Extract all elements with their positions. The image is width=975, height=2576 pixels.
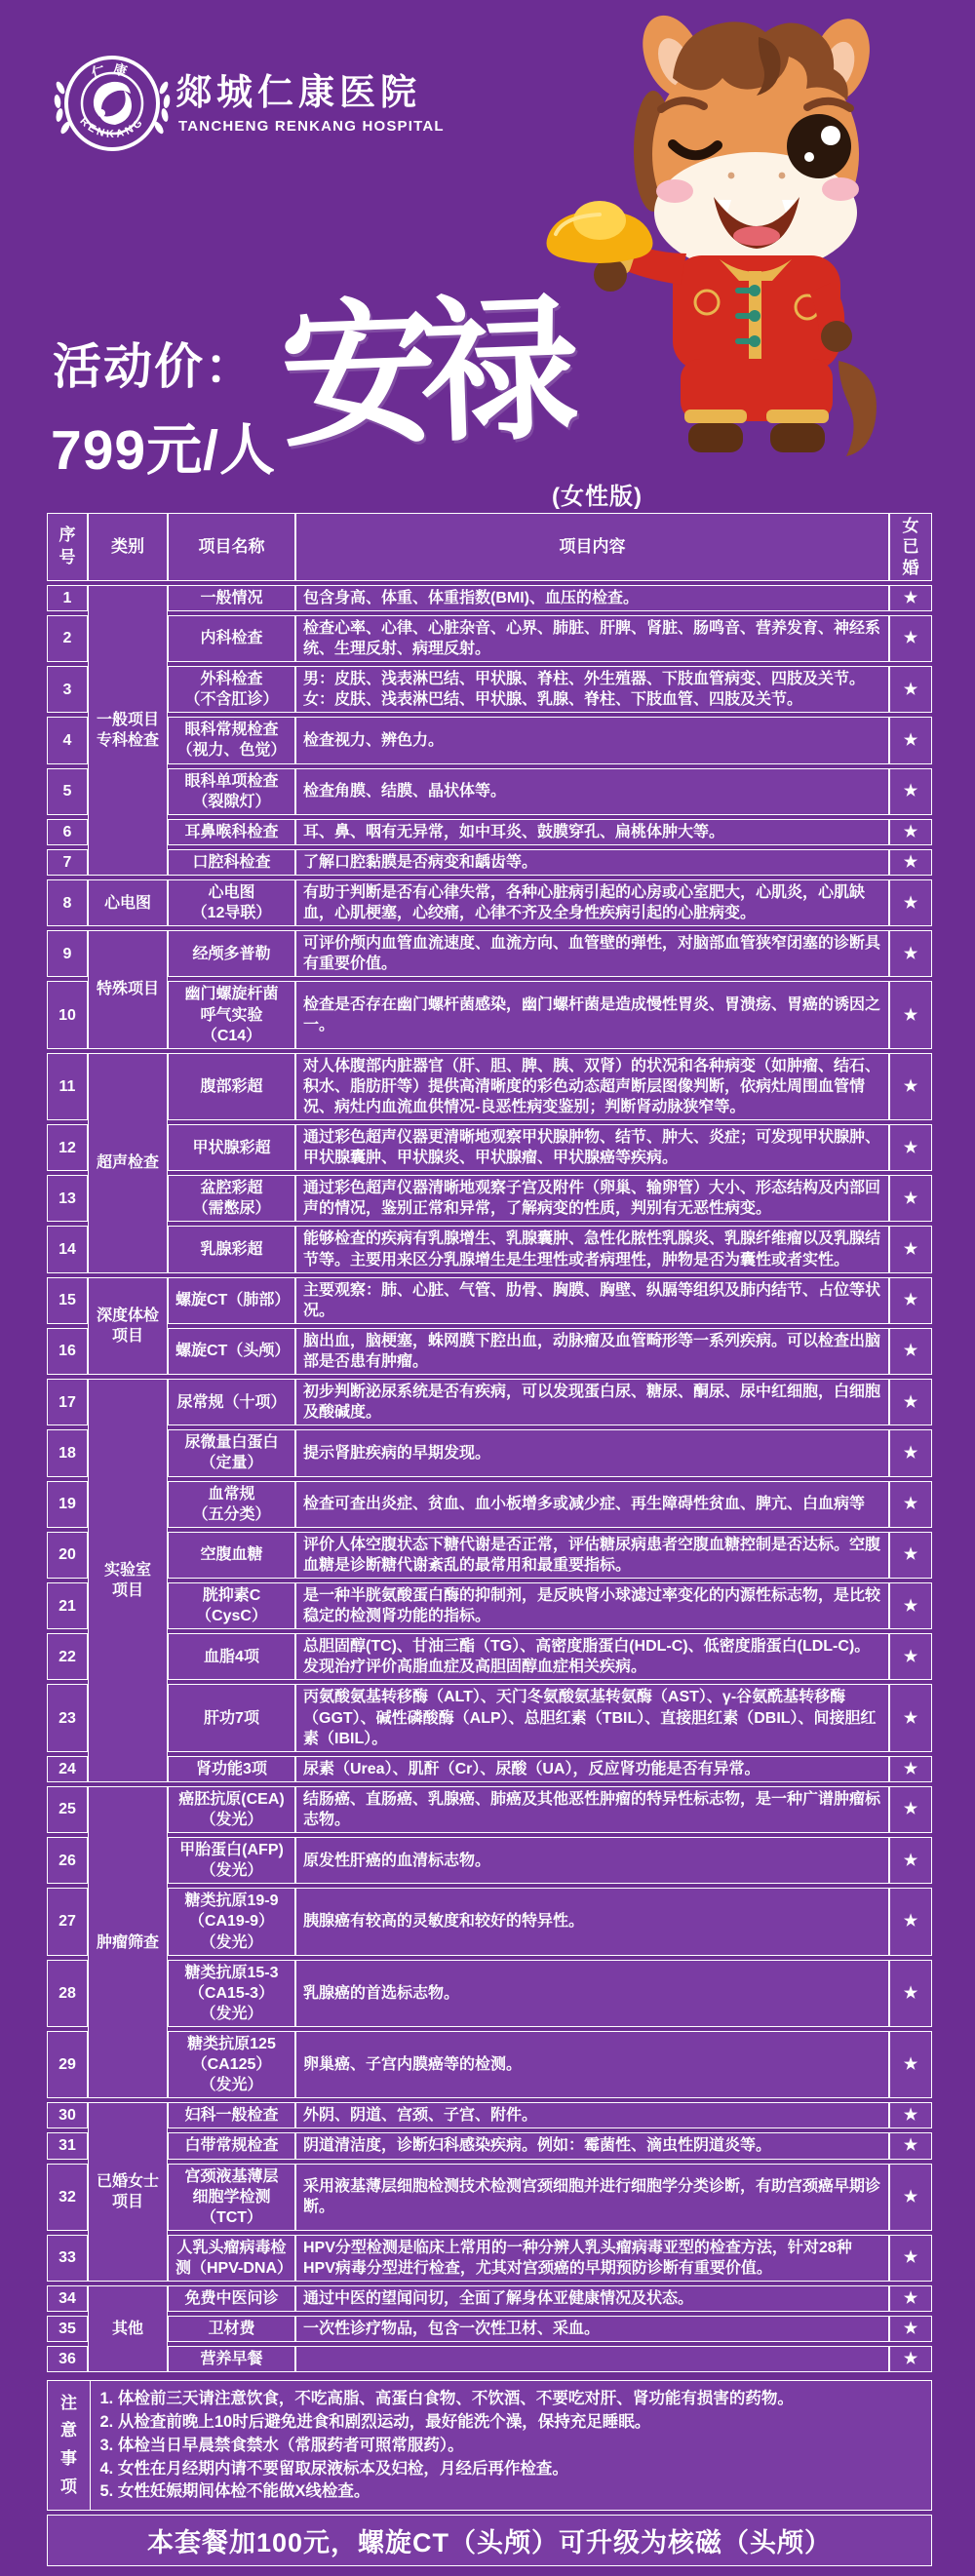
row-number-cell: 4 (47, 717, 88, 763)
item-name-cell: 胱抑素C （CysC） (168, 1582, 295, 1629)
hospital-logo: 仁康 RENKANG (39, 41, 185, 166)
table-row: 34其他免费中医问诊通过中医的望闻问切，全面了解身体亚健康情况及状态。★ (47, 2285, 932, 2312)
header-female-line2: 已婚 (897, 536, 924, 578)
notes-list: 1. 体检前三天请注意饮食，不吃高脂、高蛋白食物、不饮酒、不要吃对肝、肾功能有损… (90, 2380, 933, 2511)
note-line: 3. 体检当日早晨禁食禁水（常服药者可照常服药）。 (100, 2435, 922, 2457)
table-row: 30已婚女士 项目妇科一般检查外阴、阴道、宫颈、子宫、附件。★ (47, 2102, 932, 2128)
female-married-star-cell: ★ (889, 1053, 932, 1120)
table-row: 15深度体检 项目螺旋CT（肺部）主要观察：肺、心脏、气管、肋骨、胸膜、胸壁、纵… (47, 1277, 932, 1324)
item-name-cell: 糖类抗原15-3 （CA15-3） （发光） (168, 1960, 295, 2027)
row-number-cell: 34 (47, 2285, 88, 2312)
row-number-cell: 33 (47, 2235, 88, 2282)
item-name-cell: 人乳头瘤病毒检 测（HPV-DNA） (168, 2235, 295, 2282)
item-name-cell: 甲状腺彩超 (168, 1124, 295, 1171)
item-name-cell: 糖类抗原19-9 （CA19-9） （发光） (168, 1888, 295, 1955)
item-desc-cell: 检查是否存在幽门螺杆菌感染，幽门螺杆菌是造成慢性胃炎、胃溃疡、胃癌的诱因之一。 (295, 981, 889, 1048)
row-number-cell: 17 (47, 1379, 88, 1425)
item-desc-cell: 初步判断泌尿系统是否有疾病，可以发现蛋白尿、糖尿、酮尿、尿中红细胞，白细胞及酸碱… (295, 1379, 889, 1425)
item-desc-cell: 可评价颅内血管血流速度、血流方向、血管壁的弹性，对脑部血管狭窄闭塞的诊断具有重要… (295, 930, 889, 977)
table-row: 25肿瘤筛查癌胚抗原(CEA) （发光）结肠癌、直肠癌、乳腺癌、肺癌及其他恶性肿… (47, 1786, 932, 1833)
row-number-cell: 5 (47, 768, 88, 815)
item-desc-cell: 评价人体空腹状态下糖代谢是否正常，评估糖尿病患者空腹血糖控制是否达标。空腹血糖是… (295, 1532, 889, 1579)
item-name-cell: 妇科一般检查 (168, 2102, 295, 2128)
poster-page: 仁康 RENKANG 郯城仁康医院 TANCHENG RENKANG HOSPI… (0, 0, 975, 2576)
female-married-star-cell: ★ (889, 1379, 932, 1425)
package-table-body: 1一般项目 专科检查一般情况包含身高、体重、体重指数(BMI)、血压的检查。★2… (47, 585, 932, 2373)
item-desc-cell: 卵巢癌、子宫内膜癌等的检测。 (295, 2031, 889, 2098)
female-married-star-cell: ★ (889, 666, 932, 713)
hospital-name: 郯城仁康医院 (175, 62, 421, 115)
female-married-star-cell: ★ (889, 2346, 932, 2372)
item-name-cell: 螺旋CT（肺部） (168, 1277, 295, 1324)
item-name-cell: 甲胎蛋白(AFP) （发光） (168, 1837, 295, 1884)
item-desc-cell: 主要观察：肺、心脏、气管、肋骨、胸膜、胸壁、纵膈等组织及肺内结节、占位等状况。 (295, 1277, 889, 1324)
table-row: 35卫材费一次性诊疗物品，包含一次性卫材、采血。★ (47, 2316, 932, 2342)
female-married-star-cell: ★ (889, 849, 932, 876)
table-row: 27糖类抗原19-9 （CA19-9） （发光）胰腺癌有较高的灵敏度和较好的特异… (47, 1888, 932, 1955)
table-row: 13盆腔彩超 （需憋尿）通过彩色超声仪器清晰地观察子宫及附件（卵巢、输卵管）大小… (47, 1175, 932, 1222)
table-row: 28糖类抗原15-3 （CA15-3） （发光）乳腺癌的首选标志物。★ (47, 1960, 932, 2027)
table-row: 32宫颈液基薄层 细胞学检测 （TCT）采用液基薄层细胞检测技术检测宫颈细胞并进… (47, 2164, 932, 2231)
item-desc-cell: 检查视力、辨色力。 (295, 717, 889, 763)
female-married-star-cell: ★ (889, 1532, 932, 1579)
item-name-cell: 卫材费 (168, 2316, 295, 2342)
item-desc-cell: 脑出血，脑梗塞，蛛网膜下腔出血，动脉瘤及血管畸形等一系列疾病。可以检查出脑部是否… (295, 1328, 889, 1375)
table-row: 31白带常规检查阴道清洁度，诊断妇科感染疾病。例如：霉菌性、滴虫性阴道炎等。★ (47, 2132, 932, 2159)
row-number-cell: 11 (47, 1053, 88, 1120)
table-row: 22血脂4项总胆固醇(TC)、甘油三酯（TG）、高密度脂蛋白(HDL-C)、低密… (47, 1633, 932, 1680)
row-number-cell: 19 (47, 1481, 88, 1528)
row-number-cell: 22 (47, 1633, 88, 1680)
item-desc-cell: 通过彩色超声仪器更清晰地观察甲状腺肿物、结节、肿大、炎症；可发现甲状腺肿、甲状腺… (295, 1124, 889, 1171)
item-name-cell: 免费中医问诊 (168, 2285, 295, 2312)
item-desc-cell: 外阴、阴道、宫颈、子宫、附件。 (295, 2102, 889, 2128)
female-married-star-cell: ★ (889, 1175, 932, 1222)
item-desc-cell: 通过中医的望闻问切，全面了解身体亚健康情况及状态。 (295, 2285, 889, 2312)
table-row: 24肾功能3项尿素（Urea）、肌酐（Cr）、尿酸（UA），反应肾功能是否有异常… (47, 1756, 932, 1782)
row-number-cell: 36 (47, 2346, 88, 2372)
item-desc-cell: 对人体腹部内脏器官（肝、胆、脾、胰、双肾）的状况和各种病变（如肿瘤、结石、积水、… (295, 1053, 889, 1120)
table-row: 5眼科单项检查 （裂隙灯）检查角膜、结膜、晶状体等。★ (47, 768, 932, 815)
item-desc-cell: 采用液基薄层细胞检测技术检测宫颈细胞并进行细胞学分类诊断，有助宫颈癌早期诊断。 (295, 2164, 889, 2231)
horse-mascot-illustration (526, 0, 975, 527)
item-name-cell: 血常规 （五分类） (168, 1481, 295, 1528)
female-married-star-cell: ★ (889, 930, 932, 977)
category-cell: 超声检查 (88, 1053, 168, 1273)
logo-center-glyph-icon (94, 82, 132, 125)
item-name-cell: 血脂4项 (168, 1633, 295, 1680)
item-name-cell: 经颅多普勒 (168, 930, 295, 977)
item-desc-cell: 结肠癌、直肠癌、乳腺癌、肺癌及其他恶性肿瘤的特异性标志物，是一种广谱肿瘤标志物。 (295, 1786, 889, 1833)
female-married-star-cell: ★ (889, 1633, 932, 1680)
row-number-cell: 1 (47, 585, 88, 611)
female-married-star-cell: ★ (889, 2132, 932, 2159)
female-married-star-cell: ★ (889, 1481, 932, 1528)
item-name-cell: 口腔科检查 (168, 849, 295, 876)
item-name-cell: 尿常规（十项） (168, 1379, 295, 1425)
category-cell: 其他 (88, 2285, 168, 2372)
table-row: 21胱抑素C （CysC）是一种半胱氨酸蛋白酶的抑制剂，是反映肾小球滤过率变化的… (47, 1582, 932, 1629)
female-married-star-cell: ★ (889, 2102, 932, 2128)
table-row: 17实验室 项目尿常规（十项）初步判断泌尿系统是否有疾病，可以发现蛋白尿、糖尿、… (47, 1379, 932, 1425)
row-number-cell: 23 (47, 1684, 88, 1751)
item-desc-cell (295, 2346, 889, 2372)
table-row: 11超声检查腹部彩超对人体腹部内脏器官（肝、胆、脾、胰、双肾）的状况和各种病变（… (47, 1053, 932, 1120)
item-desc-cell: 提示肾脏疾病的早期发现。 (295, 1429, 889, 1476)
item-desc-cell: 是一种半胱氨酸蛋白酶的抑制剂，是反映肾小球滤过率变化的内源性标志物，是比较稳定的… (295, 1582, 889, 1629)
promo-price-label: 活动价： (53, 328, 255, 398)
svg-text:仁康: 仁康 (90, 60, 135, 81)
row-number-cell: 29 (47, 2031, 88, 2098)
row-number-cell: 18 (47, 1429, 88, 1476)
gold-ingot-icon (547, 201, 653, 263)
header-section: 仁康 RENKANG 郯城仁康医院 TANCHENG RENKANG HOSPI… (0, 0, 975, 509)
row-number-cell: 13 (47, 1175, 88, 1222)
item-desc-cell: 阴道清洁度，诊断妇科感染疾病。例如：霉菌性、滴虫性阴道炎等。 (295, 2132, 889, 2159)
item-name-cell: 尿微量白蛋白 （定量） (168, 1429, 295, 1476)
female-married-star-cell: ★ (889, 2285, 932, 2312)
row-number-cell: 3 (47, 666, 88, 713)
row-number-cell: 16 (47, 1328, 88, 1375)
female-married-star-cell: ★ (889, 768, 932, 815)
row-number-cell: 32 (47, 2164, 88, 2231)
row-number-cell: 6 (47, 819, 88, 845)
header-category: 类别 (88, 513, 168, 581)
female-married-star-cell: ★ (889, 2164, 932, 2231)
row-number-cell: 20 (47, 1532, 88, 1579)
item-desc-cell: HPV分型检测是临床上常用的一种分辨人乳头瘤病毒亚型的检查方法，针对28种HPV… (295, 2235, 889, 2282)
note-line: 1. 体检前三天请注意饮食，不吃高脂、高蛋白食物、不饮酒、不要吃对肝、肾功能有损… (100, 2388, 922, 2410)
table-row: 14乳腺彩超能够检查的疾病有乳腺增生、乳腺囊肿、急性化脓性乳腺炎、乳腺纤维瘤以及… (47, 1226, 932, 1272)
female-married-star-cell: ★ (889, 879, 932, 926)
item-desc-cell: 检查角膜、结膜、晶状体等。 (295, 768, 889, 815)
table-row: 33人乳头瘤病毒检 测（HPV-DNA）HPV分型检测是临床上常用的一种分辨人乳… (47, 2235, 932, 2282)
header-item-name: 项目名称 (168, 513, 295, 581)
category-cell: 特殊项目 (88, 930, 168, 1049)
item-name-cell: 乳腺彩超 (168, 1226, 295, 1272)
row-number-cell: 21 (47, 1582, 88, 1629)
table-row: 36营养早餐★ (47, 2346, 932, 2372)
row-number-cell: 14 (47, 1226, 88, 1272)
table-row: 10幽门螺旋杆菌 呼气实验 （C14）检查是否存在幽门螺杆菌感染，幽门螺杆菌是造… (47, 981, 932, 1048)
female-married-star-cell: ★ (889, 819, 932, 845)
item-desc-cell: 胰腺癌有较高的灵敏度和较好的特异性。 (295, 1888, 889, 1955)
female-married-star-cell: ★ (889, 1277, 932, 1324)
row-number-cell: 35 (47, 2316, 88, 2342)
table-row: 16螺旋CT（头颅）脑出血，脑梗塞，蛛网膜下腔出血，动脉瘤及血管畸形等一系列疾病… (47, 1328, 932, 1375)
item-desc-cell: 检查可查出炎症、贫血、血小板增多或减少症、再生障碍性贫血、脾亢、白血病等 (295, 1481, 889, 1528)
item-name-cell: 空腹血糖 (168, 1532, 295, 1579)
item-name-cell: 一般情况 (168, 585, 295, 611)
table-row: 4眼科常规检查 （视力、色觉）检查视力、辨色力。★ (47, 717, 932, 763)
female-married-star-cell: ★ (889, 1684, 932, 1751)
note-line: 4. 女性在月经期内请不要留取尿液标本及妇检，月经后再作检查。 (100, 2458, 922, 2480)
upgrade-banner: 本套餐加100元，螺旋CT（头颅）可升级为核磁（头颅） (47, 2515, 932, 2566)
item-desc-cell: 能够检查的疾病有乳腺增生、乳腺囊肿、急性化脓性乳腺炎、乳腺纤维瘤以及乳腺结节等。… (295, 1226, 889, 1272)
female-married-star-cell: ★ (889, 1124, 932, 1171)
female-married-star-cell: ★ (889, 2031, 932, 2098)
female-married-star-cell: ★ (889, 1960, 932, 2027)
item-name-cell: 眼科常规检查 （视力、色觉） (168, 717, 295, 763)
table-row: 12甲状腺彩超通过彩色超声仪器更清晰地观察甲状腺肿物、结节、肿大、炎症；可发现甲… (47, 1124, 932, 1171)
item-name-cell: 内科检查 (168, 615, 295, 662)
item-desc-cell: 包含身高、体重、体重指数(BMI)、血压的检查。 (295, 585, 889, 611)
item-desc-cell: 有助于判断是否有心律失常，各种心脏病引起的心房或心室肥大，心肌炎，心肌缺血，心肌… (295, 879, 889, 926)
female-married-star-cell: ★ (889, 585, 932, 611)
female-married-star-cell: ★ (889, 2235, 932, 2282)
table-row: 18尿微量白蛋白 （定量）提示肾脏疾病的早期发现。★ (47, 1429, 932, 1476)
item-name-cell: 肾功能3项 (168, 1756, 295, 1782)
row-number-cell: 7 (47, 849, 88, 876)
item-name-cell: 盆腔彩超 （需憋尿） (168, 1175, 295, 1222)
item-desc-cell: 原发性肝癌的血清标志物。 (295, 1837, 889, 1884)
row-number-cell: 24 (47, 1756, 88, 1782)
female-married-star-cell: ★ (889, 615, 932, 662)
row-number-cell: 10 (47, 981, 88, 1048)
item-desc-cell: 尿素（Urea）、肌酐（Cr）、尿酸（UA），反应肾功能是否有异常。 (295, 1756, 889, 1782)
item-desc-cell: 通过彩色超声仪器清晰地观察子宫及附件（卵巢、输卵管）大小、形态结构及内部回声的情… (295, 1175, 889, 1222)
table-row: 26甲胎蛋白(AFP) （发光）原发性肝癌的血清标志物。★ (47, 1837, 932, 1884)
item-name-cell: 耳鼻喉科检查 (168, 819, 295, 845)
item-desc-cell: 总胆固醇(TC)、甘油三酯（TG）、高密度脂蛋白(HDL-C)、低密度脂蛋白(L… (295, 1633, 889, 1680)
table-row: 23肝功7项丙氨酸氨基转移酶（ALT）、天门冬氨酸氨基转氨酶（AST）、γ-谷氨… (47, 1684, 932, 1751)
item-desc-cell: 一次性诊疗物品，包含一次性卫材、采血。 (295, 2316, 889, 2342)
table-row: 2内科检查检查心率、心律、心脏杂音、心界、肺脏、肝脾、肾脏、肠鸣音、营养发育、神… (47, 615, 932, 662)
table-row: 29糖类抗原125 （CA125） （发光）卵巢癌、子宫内膜癌等的检测。★ (47, 2031, 932, 2098)
table-row: 6耳鼻喉科检查耳、鼻、咽有无异常，如中耳炎、鼓膜穿孔、扁桃体肿大等。★ (47, 819, 932, 845)
item-name-cell: 癌胚抗原(CEA) （发光） (168, 1786, 295, 1833)
table-row: 3外科检查 （不含肛诊）男：皮肤、浅表淋巴结、甲状腺、脊柱、外生殖器、下肢血管病… (47, 666, 932, 713)
item-desc-cell: 了解口腔黏膜是否病变和龋齿等。 (295, 849, 889, 876)
item-name-cell: 腹部彩超 (168, 1053, 295, 1120)
item-desc-cell: 丙氨酸氨基转移酶（ALT）、天门冬氨酸氨基转氨酶（AST）、γ-谷氨酰基转移酶（… (295, 1684, 889, 1751)
row-number-cell: 15 (47, 1277, 88, 1324)
item-name-cell: 外科检查 （不含肛诊） (168, 666, 295, 713)
hospital-name-en: TANCHENG RENKANG HOSPITAL (178, 118, 445, 135)
item-name-cell: 肝功7项 (168, 1684, 295, 1751)
row-number-cell: 27 (47, 1888, 88, 1955)
table-row: 9特殊项目经颅多普勒可评价颅内血管血流速度、血流方向、血管壁的弹性，对脑部血管狭… (47, 930, 932, 977)
notes-section: 注意事项 1. 体检前三天请注意饮食，不吃高脂、高蛋白食物、不饮酒、不要吃对肝、… (47, 2380, 932, 2511)
female-married-star-cell: ★ (889, 717, 932, 763)
notes-title: 注意事项 (47, 2380, 91, 2511)
female-married-star-cell: ★ (889, 1328, 932, 1375)
category-cell: 一般项目 专科检查 (88, 585, 168, 876)
item-name-cell: 营养早餐 (168, 2346, 295, 2372)
item-desc-cell: 检查心率、心律、心脏杂音、心界、肺脏、肝脾、肾脏、肠鸣音、营养发育、神经系统、生… (295, 615, 889, 662)
package-name-calligraphy: 安禄 (278, 290, 564, 455)
row-number-cell: 8 (47, 879, 88, 926)
row-number-cell: 25 (47, 1786, 88, 1833)
table-row: 1一般项目 专科检查一般情况包含身高、体重、体重指数(BMI)、血压的检查。★ (47, 585, 932, 611)
item-name-cell: 眼科单项检查 （裂隙灯） (168, 768, 295, 815)
note-line: 5. 女性妊娠期间体检不能做X线检查。 (100, 2480, 922, 2503)
row-number-cell: 31 (47, 2132, 88, 2159)
category-cell: 实验室 项目 (88, 1379, 168, 1782)
notes-title-text: 注意事项 (60, 2390, 78, 2503)
category-cell: 深度体检 项目 (88, 1277, 168, 1375)
logo-cn-text: 仁康 (90, 60, 135, 81)
item-name-cell: 心电图 （12导联） (168, 879, 295, 926)
category-cell: 心电图 (88, 879, 168, 926)
row-number-cell: 26 (47, 1837, 88, 1884)
item-desc-cell: 耳、鼻、咽有无异常，如中耳炎、鼓膜穿孔、扁桃体肿大等。 (295, 819, 889, 845)
table-row: 20空腹血糖评价人体空腹状态下糖代谢是否正常，评估糖尿病患者空腹血糖控制是否达标… (47, 1532, 932, 1579)
category-cell: 肿瘤筛查 (88, 1786, 168, 2098)
row-number-cell: 9 (47, 930, 88, 977)
item-name-cell: 糖类抗原125 （CA125） （发光） (168, 2031, 295, 2098)
promo-price-value: 799元/人 (51, 406, 276, 486)
female-married-star-cell: ★ (889, 1429, 932, 1476)
table-row: 7口腔科检查了解口腔黏膜是否病变和龋齿等。★ (47, 849, 932, 876)
item-desc-cell: 乳腺癌的首选标志物。 (295, 1960, 889, 2027)
table-row: 8心电图心电图 （12导联）有助于判断是否有心律失常，各种心脏病引起的心房或心室… (47, 879, 932, 926)
row-number-cell: 12 (47, 1124, 88, 1171)
female-married-star-cell: ★ (889, 1786, 932, 1833)
item-name-cell: 宫颈液基薄层 细胞学检测 （TCT） (168, 2164, 295, 2231)
header-seq: 序号 (47, 513, 88, 581)
table-row: 19血常规 （五分类）检查可查出炎症、贫血、血小板增多或减少症、再生障碍性贫血、… (47, 1481, 932, 1528)
row-number-cell: 2 (47, 615, 88, 662)
item-name-cell: 螺旋CT（头颅） (168, 1328, 295, 1375)
row-number-cell: 30 (47, 2102, 88, 2128)
female-married-star-cell: ★ (889, 1582, 932, 1629)
item-name-cell: 幽门螺旋杆菌 呼气实验 （C14） (168, 981, 295, 1048)
category-cell: 已婚女士 项目 (88, 2102, 168, 2282)
female-married-star-cell: ★ (889, 1756, 932, 1782)
female-married-star-cell: ★ (889, 2316, 932, 2342)
item-desc-cell: 男：皮肤、浅表淋巴结、甲状腺、脊柱、外生殖器、下肢血管病变、四肢及关节。 女：皮… (295, 666, 889, 713)
female-married-star-cell: ★ (889, 981, 932, 1048)
item-name-cell: 白带常规检查 (168, 2132, 295, 2159)
row-number-cell: 28 (47, 1960, 88, 2027)
note-line: 2. 从检查前晚上10时后避免进食和剧烈运动，最好能洗个澡，保持充足睡眠。 (100, 2411, 922, 2434)
package-variant-label: (女性版) (552, 477, 643, 511)
female-married-star-cell: ★ (889, 1837, 932, 1884)
package-items-table: 序号 类别 项目名称 项目内容 女 已婚 1一般项目 专科检查一般情况包含身高、… (47, 509, 932, 2376)
female-married-star-cell: ★ (889, 1226, 932, 1272)
female-married-star-cell: ★ (889, 1888, 932, 1955)
